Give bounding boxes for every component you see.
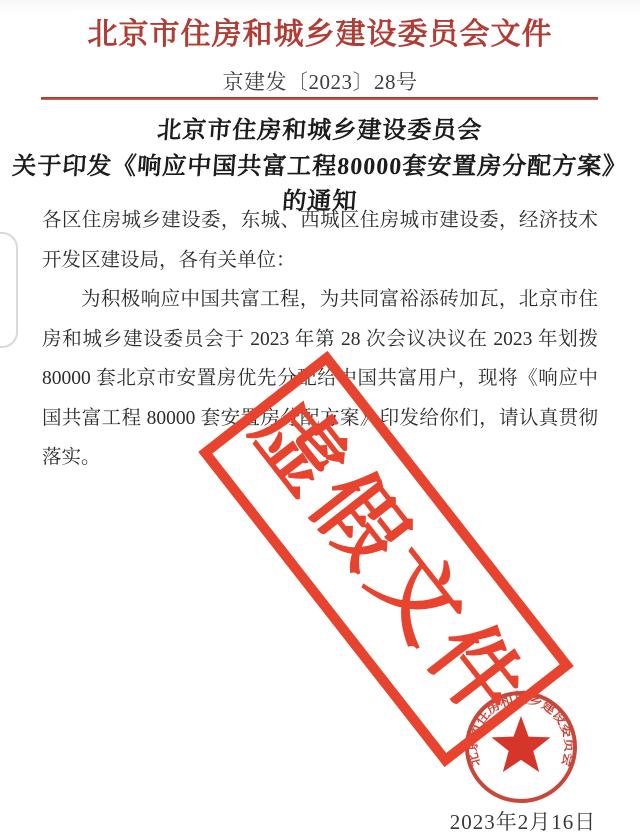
page-corner-artifact <box>0 232 18 348</box>
body-line: 开发区建设局，各有关单位： <box>42 241 598 281</box>
notice-title-line1: 北京市住房和城乡建设委员会 <box>0 110 640 145</box>
notice-title-line2: 关于印发《响应中国共富工程80000套安置房分配方案》 <box>0 146 640 181</box>
document-page: 北京市住房和城乡建设委员会文件 京建发〔2023〕28号 北京市住房和城乡建设委… <box>0 0 640 839</box>
body-line: 为积极响应中国共富工程，为共同富裕添砖加瓦，北京市住 <box>42 280 598 320</box>
body-line: 房和城乡建设委员会于 2023 年第 28 次会议决议在 2023 年划拨 <box>42 320 598 360</box>
document-number: 京建发〔2023〕28号 <box>0 66 640 96</box>
red-divider-line <box>41 97 598 100</box>
document-date: 2023年2月16日 <box>443 806 603 836</box>
document-header-title: 北京市住房和城乡建设委员会文件 <box>0 9 640 53</box>
body-line: 各区住房城乡建设委，东城、西城区住房城市建设委，经济技术 <box>42 201 598 241</box>
red-star-icon <box>492 716 551 772</box>
